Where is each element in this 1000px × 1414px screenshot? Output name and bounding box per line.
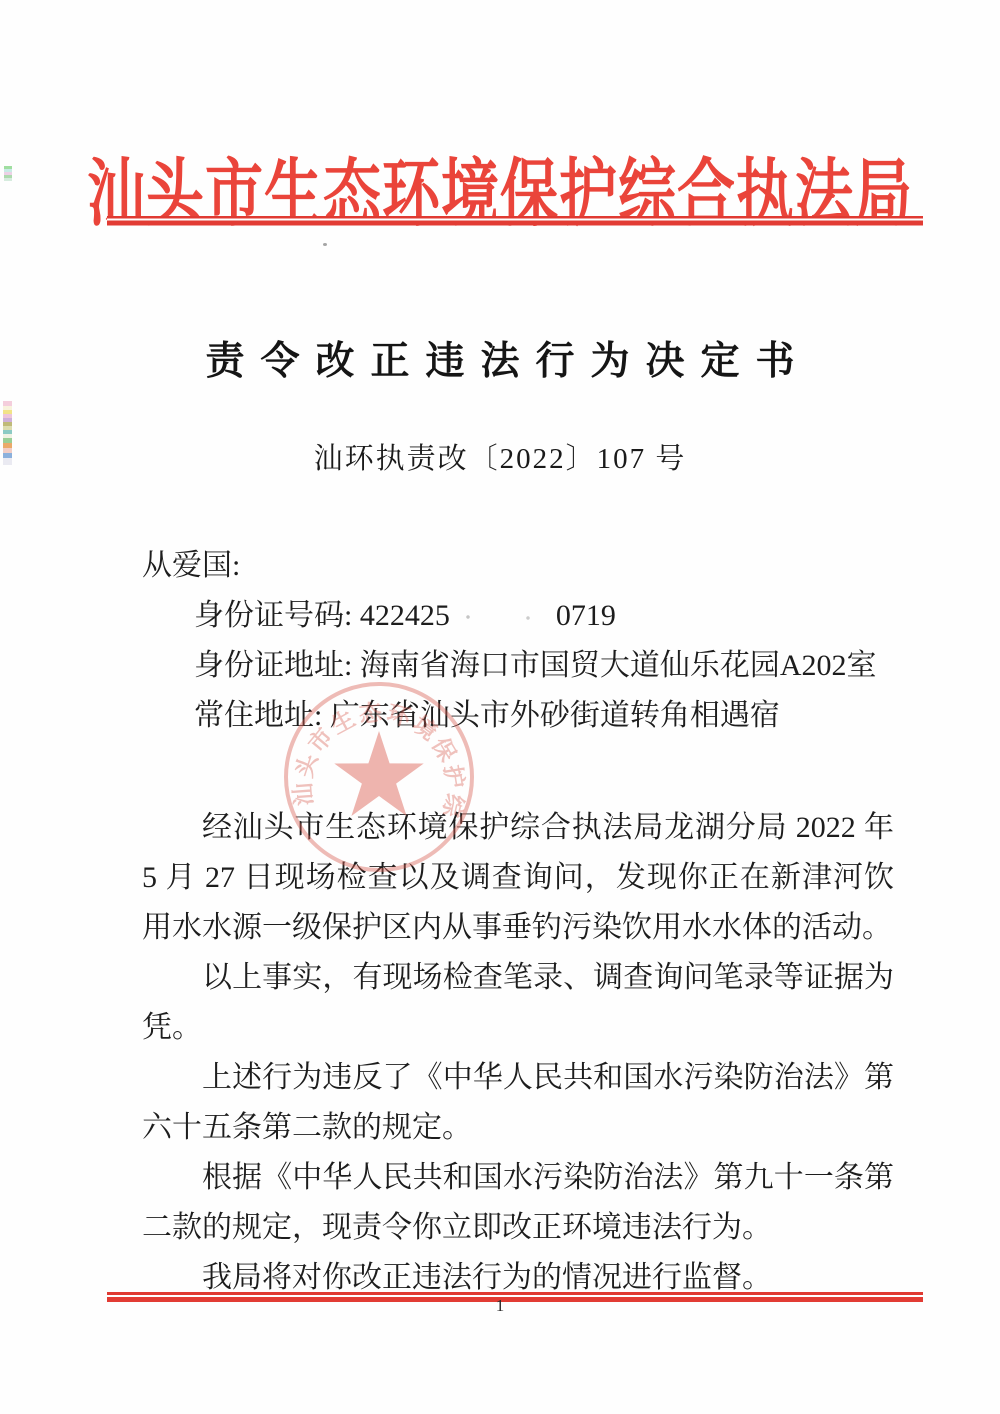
- recipient-name: 从爱国:: [142, 541, 894, 591]
- residence-address-line: 常住地址: 广东省汕头市外砂街道转角相遇宿: [142, 691, 894, 741]
- paragraph-findings: 经汕头市生态环境保护综合执法局龙湖分局 2022 年 5 月 27 日现场检查以…: [142, 803, 894, 953]
- id-number-suffix: 0719: [556, 599, 616, 632]
- id-number-label: 身份证号码:: [194, 599, 352, 632]
- id-address-line: 身份证地址: 海南省海口市国贸大道仙乐花园A202室: [142, 641, 894, 691]
- paragraph-order: 根据《中华人民共和国水污染防治法》第九十一条第二款的规定，现责令你立即改正环境违…: [142, 1153, 894, 1253]
- document-body: 从爱国: 身份证号码: 4224250719 身份证地址: 海南省海口市国贸大道…: [142, 541, 894, 1303]
- scan-artifact-strip-middle: [3, 401, 12, 465]
- scan-artifact-strip-top: [4, 166, 12, 181]
- page-number: 1: [0, 1296, 1000, 1316]
- scanned-page: 汕头市生态环境保护综合执法局 责令改正违法行为决定书 汕环执责改〔2022〕10…: [0, 0, 1000, 1414]
- paragraph-violation: 上述行为违反了《中华人民共和国水污染防治法》第六十五条第二款的规定。: [142, 1053, 894, 1153]
- letterhead-divider-rule: [107, 216, 923, 226]
- document-reference-number: 汕环执责改〔2022〕107 号: [0, 436, 1000, 477]
- decision-paragraphs: 经汕头市生态环境保护综合执法局龙湖分局 2022 年 5 月 27 日现场检查以…: [142, 803, 894, 1303]
- scan-speck: [323, 243, 327, 246]
- id-number-line: 身份证号码: 4224250719: [142, 591, 894, 641]
- document-title: 责令改正违法行为决定书: [0, 330, 1000, 386]
- id-number-redaction: [450, 615, 556, 625]
- id-number-prefix: 422425: [360, 599, 450, 632]
- paragraph-evidence: 以上事实，有现场检查笔录、调查询问笔录等证据为凭。: [142, 953, 894, 1053]
